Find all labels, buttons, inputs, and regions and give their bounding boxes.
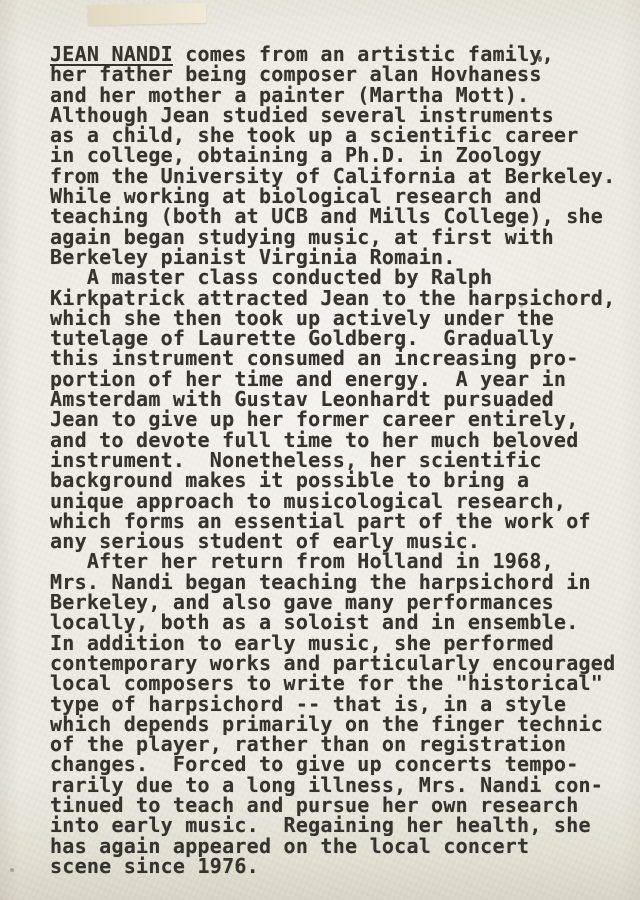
paragraph: JEAN NANDI comes from an artistic family…: [50, 44, 630, 267]
text-line: this instrument consumed an increasing p…: [50, 348, 630, 368]
text-line: scene since 1976.: [50, 856, 630, 876]
text-line: and to devote full time to her much belo…: [50, 430, 630, 450]
text-line: from the University of California at Ber…: [50, 166, 630, 186]
text-line: rarily due to a long illness, Mrs. Nandi…: [50, 775, 630, 795]
text-line: and her mother a painter (Martha Mott).: [50, 85, 630, 105]
text-line: her father being composer alan Hovhaness: [50, 64, 630, 84]
typewritten-text: JEAN NANDI comes from an artistic family…: [50, 44, 630, 876]
paper-speck: [10, 868, 14, 872]
text-line: again began studying music, at first wit…: [50, 227, 630, 247]
text-line: instrument. Nonetheless, her scientific: [50, 450, 630, 470]
text-line: background makes it possible to bring a: [50, 470, 630, 490]
text-line: Although Jean studied several instrument…: [50, 105, 630, 125]
text-line: In addition to early music, she performe…: [50, 633, 630, 653]
text-line: changes. Forced to give up concerts temp…: [50, 754, 630, 774]
text-line: While working at biological research and: [50, 186, 630, 206]
text-line: teaching (both at UCB and Mills College)…: [50, 206, 630, 226]
text-line: contemporary works and particularly enco…: [50, 653, 630, 673]
text-line: which she then took up actively under th…: [50, 308, 630, 328]
text-line: which depends primarily on the finger te…: [50, 714, 630, 734]
text-line: Jean to give up her former career entire…: [50, 409, 630, 429]
text-line: which forms an essential part of the wor…: [50, 511, 630, 531]
text-line: A master class conducted by Ralph: [50, 267, 630, 287]
text-line: Mrs. Nandi began teaching the harpsichor…: [50, 572, 630, 592]
text-line: After her return from Holland in 1968,: [50, 551, 630, 571]
scanned-page: JEAN NANDI comes from an artistic family…: [0, 0, 640, 900]
text-line: of the player, rather than on registrati…: [50, 734, 630, 754]
text-line: JEAN NANDI comes from an artistic family…: [50, 44, 630, 64]
tape-mark: [88, 3, 206, 25]
text-line: any serious student of early music.: [50, 531, 630, 551]
text-line: has again appeared on the local concert: [50, 836, 630, 856]
text-line: tutelage of Laurette Goldberg. Gradually: [50, 328, 630, 348]
text-line: locally, both as a soloist and in ensemb…: [50, 612, 630, 632]
paragraph: After her return from Holland in 1968,Mr…: [50, 551, 630, 876]
text-line: local composers to write for the "histor…: [50, 673, 630, 693]
text-line: tinued to teach and pursue her own resea…: [50, 795, 630, 815]
text-line: Berkeley pianist Virginia Romain.: [50, 247, 630, 267]
text-line: into early music. Regaining her health, …: [50, 815, 630, 835]
text-line: portion of her time and energy. A year i…: [50, 369, 630, 389]
paragraph: A master class conducted by RalphKirkpat…: [50, 267, 630, 551]
text-line: Kirkpatrick attracted Jean to the harpsi…: [50, 288, 630, 308]
text-line: as a child, she took up a scientific car…: [50, 125, 630, 145]
text-line: in college, obtaining a Ph.D. in Zoology: [50, 145, 630, 165]
text-line: Amsterdam with Gustav Leonhardt pursuade…: [50, 389, 630, 409]
text-line: type of harpsichord -- that is, in a sty…: [50, 694, 630, 714]
text-line: unique approach to musicological researc…: [50, 491, 630, 511]
text-line: Berkeley, and also gave many performance…: [50, 592, 630, 612]
